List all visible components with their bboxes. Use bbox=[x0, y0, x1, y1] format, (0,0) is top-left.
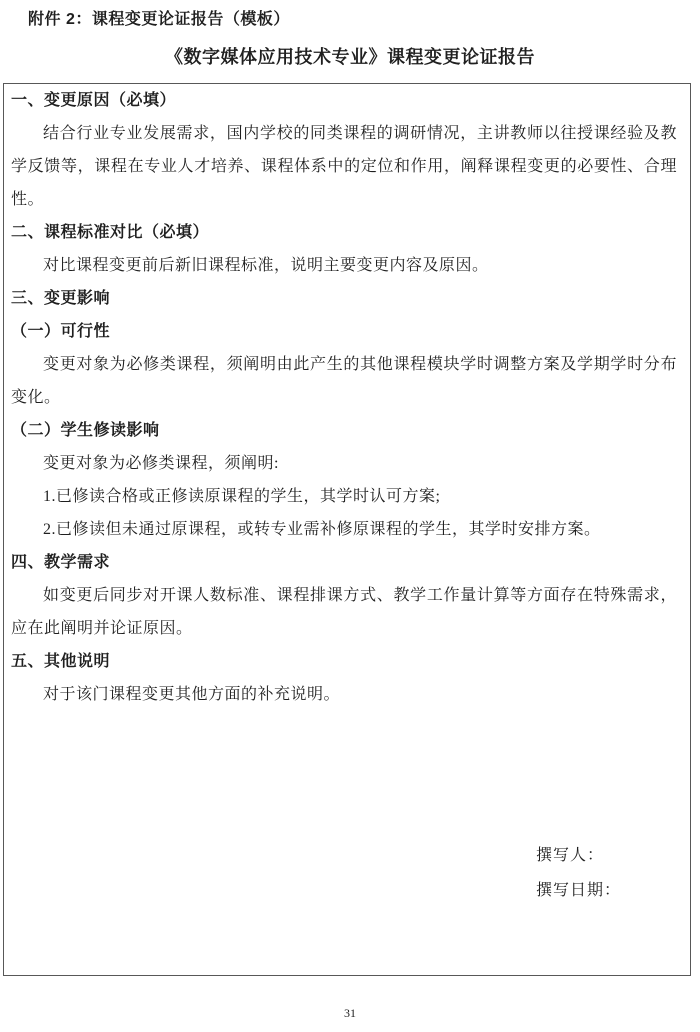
page-number: 31 bbox=[0, 1005, 700, 1021]
list-item-2: 2.已修读但未通过原课程，或转专业需补修原课程的学生，其学时安排方案。 bbox=[11, 513, 677, 546]
section-heading-other-notes: 五、其他说明 bbox=[11, 645, 677, 678]
subsection-heading-feasibility: （一）可行性 bbox=[11, 315, 677, 348]
document-page: { "page": { "attachment_label": "附件 2：课程… bbox=[0, 0, 700, 1032]
page-title: 《数字媒体应用技术专业》课程变更论证报告 bbox=[0, 45, 700, 69]
section-paragraph: 对于该门课程变更其他方面的补充说明。 bbox=[11, 678, 677, 711]
signature-block: 撰写人： 撰写日期： bbox=[536, 838, 677, 908]
section-paragraph: 变更对象为必修类课程，须阐明: bbox=[11, 447, 677, 480]
attachment-label: 附件 2：课程变更论证报告（模板） bbox=[28, 8, 700, 32]
section-heading-teaching-needs: 四、教学需求 bbox=[11, 546, 677, 579]
report-box: 一、变更原因（必填） 结合行业专业发展需求，国内学校的同类课程的调研情况，主讲教… bbox=[3, 83, 691, 976]
subsection-heading-student-impact: （二）学生修读影响 bbox=[11, 414, 677, 447]
section-paragraph: 如变更后同步对开课人数标准、课程排课方式、教学工作量计算等方面存在特殊需求，应在… bbox=[11, 579, 677, 645]
section-paragraph: 结合行业专业发展需求，国内学校的同类课程的调研情况，主讲教师以往授课经验及教学反… bbox=[11, 117, 677, 216]
list-item-1: 1.已修读合格或正修读原课程的学生，其学时认可方案; bbox=[11, 480, 677, 513]
date-label: 撰写日期： bbox=[536, 873, 677, 908]
section-paragraph: 变更对象为必修类课程，须阐明由此产生的其他课程模块学时调整方案及学期学时分布变化… bbox=[11, 348, 677, 414]
author-label: 撰写人： bbox=[536, 838, 677, 873]
section-heading-change-reason: 一、变更原因（必填） bbox=[11, 84, 677, 117]
section-heading-standard-comparison: 二、课程标准对比（必填） bbox=[11, 216, 677, 249]
section-heading-change-impact: 三、变更影响 bbox=[11, 282, 677, 315]
section-paragraph: 对比课程变更前后新旧课程标准，说明主要变更内容及原因。 bbox=[11, 249, 677, 282]
